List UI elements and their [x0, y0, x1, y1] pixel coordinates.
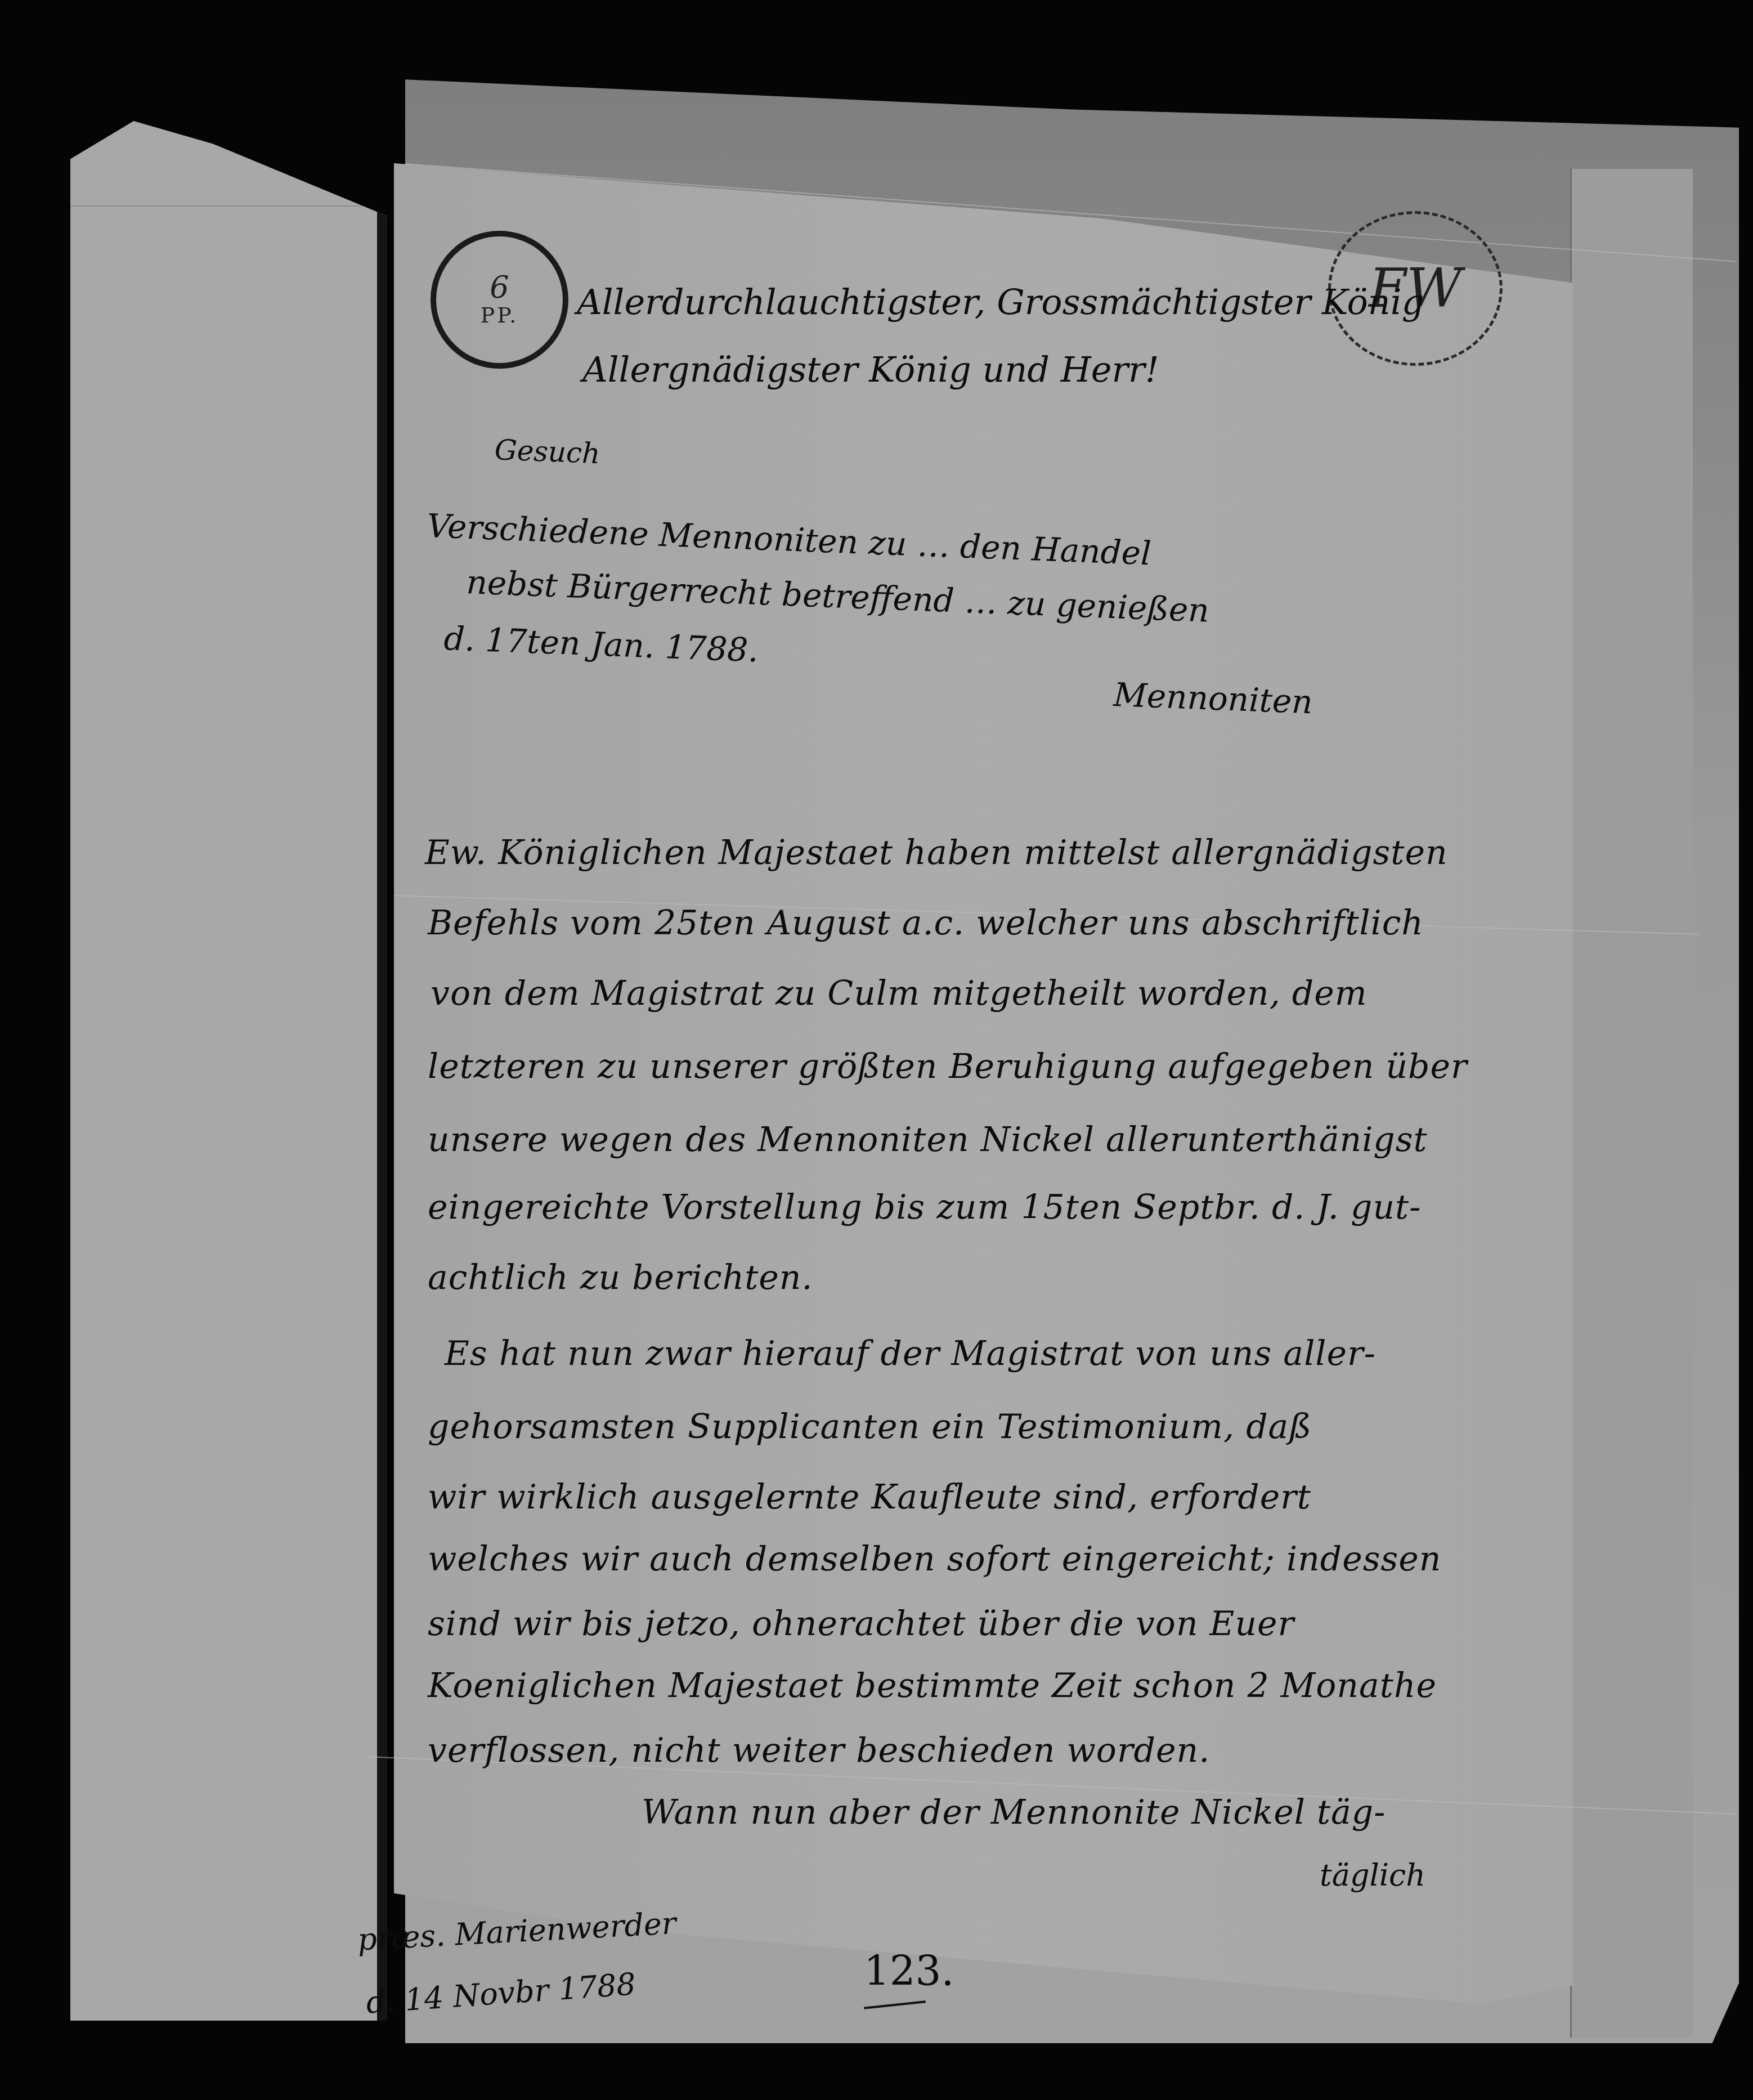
folio-number: 123. [864, 1947, 954, 1995]
body-line-5: unsere wegen des Mennoniten Nickel aller… [428, 1120, 1428, 1159]
catchword: täglich [1320, 1857, 1425, 1893]
body-line-12: sind wir bis jetzo, ohnerachtet über die… [428, 1604, 1294, 1644]
body-line-9: gehorsamsten Supplicanten ein Testimoniu… [428, 1407, 1312, 1447]
body-line-4: letzteren zu unserer größten Beruhigung … [428, 1047, 1468, 1086]
rubrum-signature: Mennoniten [1113, 675, 1313, 722]
body-line-8: Es hat nun zwar hierauf der Magistrat vo… [445, 1334, 1376, 1373]
stamp-sub: PP. [481, 303, 519, 328]
stamp-value: 6 [481, 272, 519, 303]
body-line-2: Befehls vom 25ten August a.c. welcher un… [428, 903, 1424, 943]
body-line-14: verflossen, nicht weiter beschieden word… [428, 1731, 1210, 1770]
folded-blank-sheet [70, 121, 387, 2021]
body-line-3: von dem Magistrat zu Culm mitgetheilt wo… [431, 974, 1368, 1013]
body-line-13: Koeniglichen Majestaet bestimmte Zeit sc… [428, 1666, 1437, 1705]
body-line-10: wir wirklich ausgelernte Kaufleute sind,… [428, 1477, 1311, 1517]
rubrum-heading: Gesuch [494, 433, 601, 470]
right-paper-edge [1570, 169, 1693, 2038]
body-line-7: achtlich zu berichten. [428, 1258, 813, 1297]
body-line-11: welches wir auch demselben sofort einger… [428, 1539, 1442, 1579]
crease-line [70, 205, 377, 207]
tax-stamp-seal: 6 PP. [431, 231, 568, 369]
salutation-line-2: Allergnädigster König und Herr! [582, 349, 1159, 390]
body-line-6: eingereichte Vorstellung bis zum 15ten S… [428, 1188, 1421, 1227]
body-line-15: Wann nun aber der Mennonite Nickel täg- [642, 1793, 1386, 1832]
salutation-line-1: Allerdurchlauchtigster, Grossmächtigster… [577, 281, 1424, 323]
body-line-1: Ew. Königlichen Majestaet haben mittelst… [425, 833, 1448, 872]
